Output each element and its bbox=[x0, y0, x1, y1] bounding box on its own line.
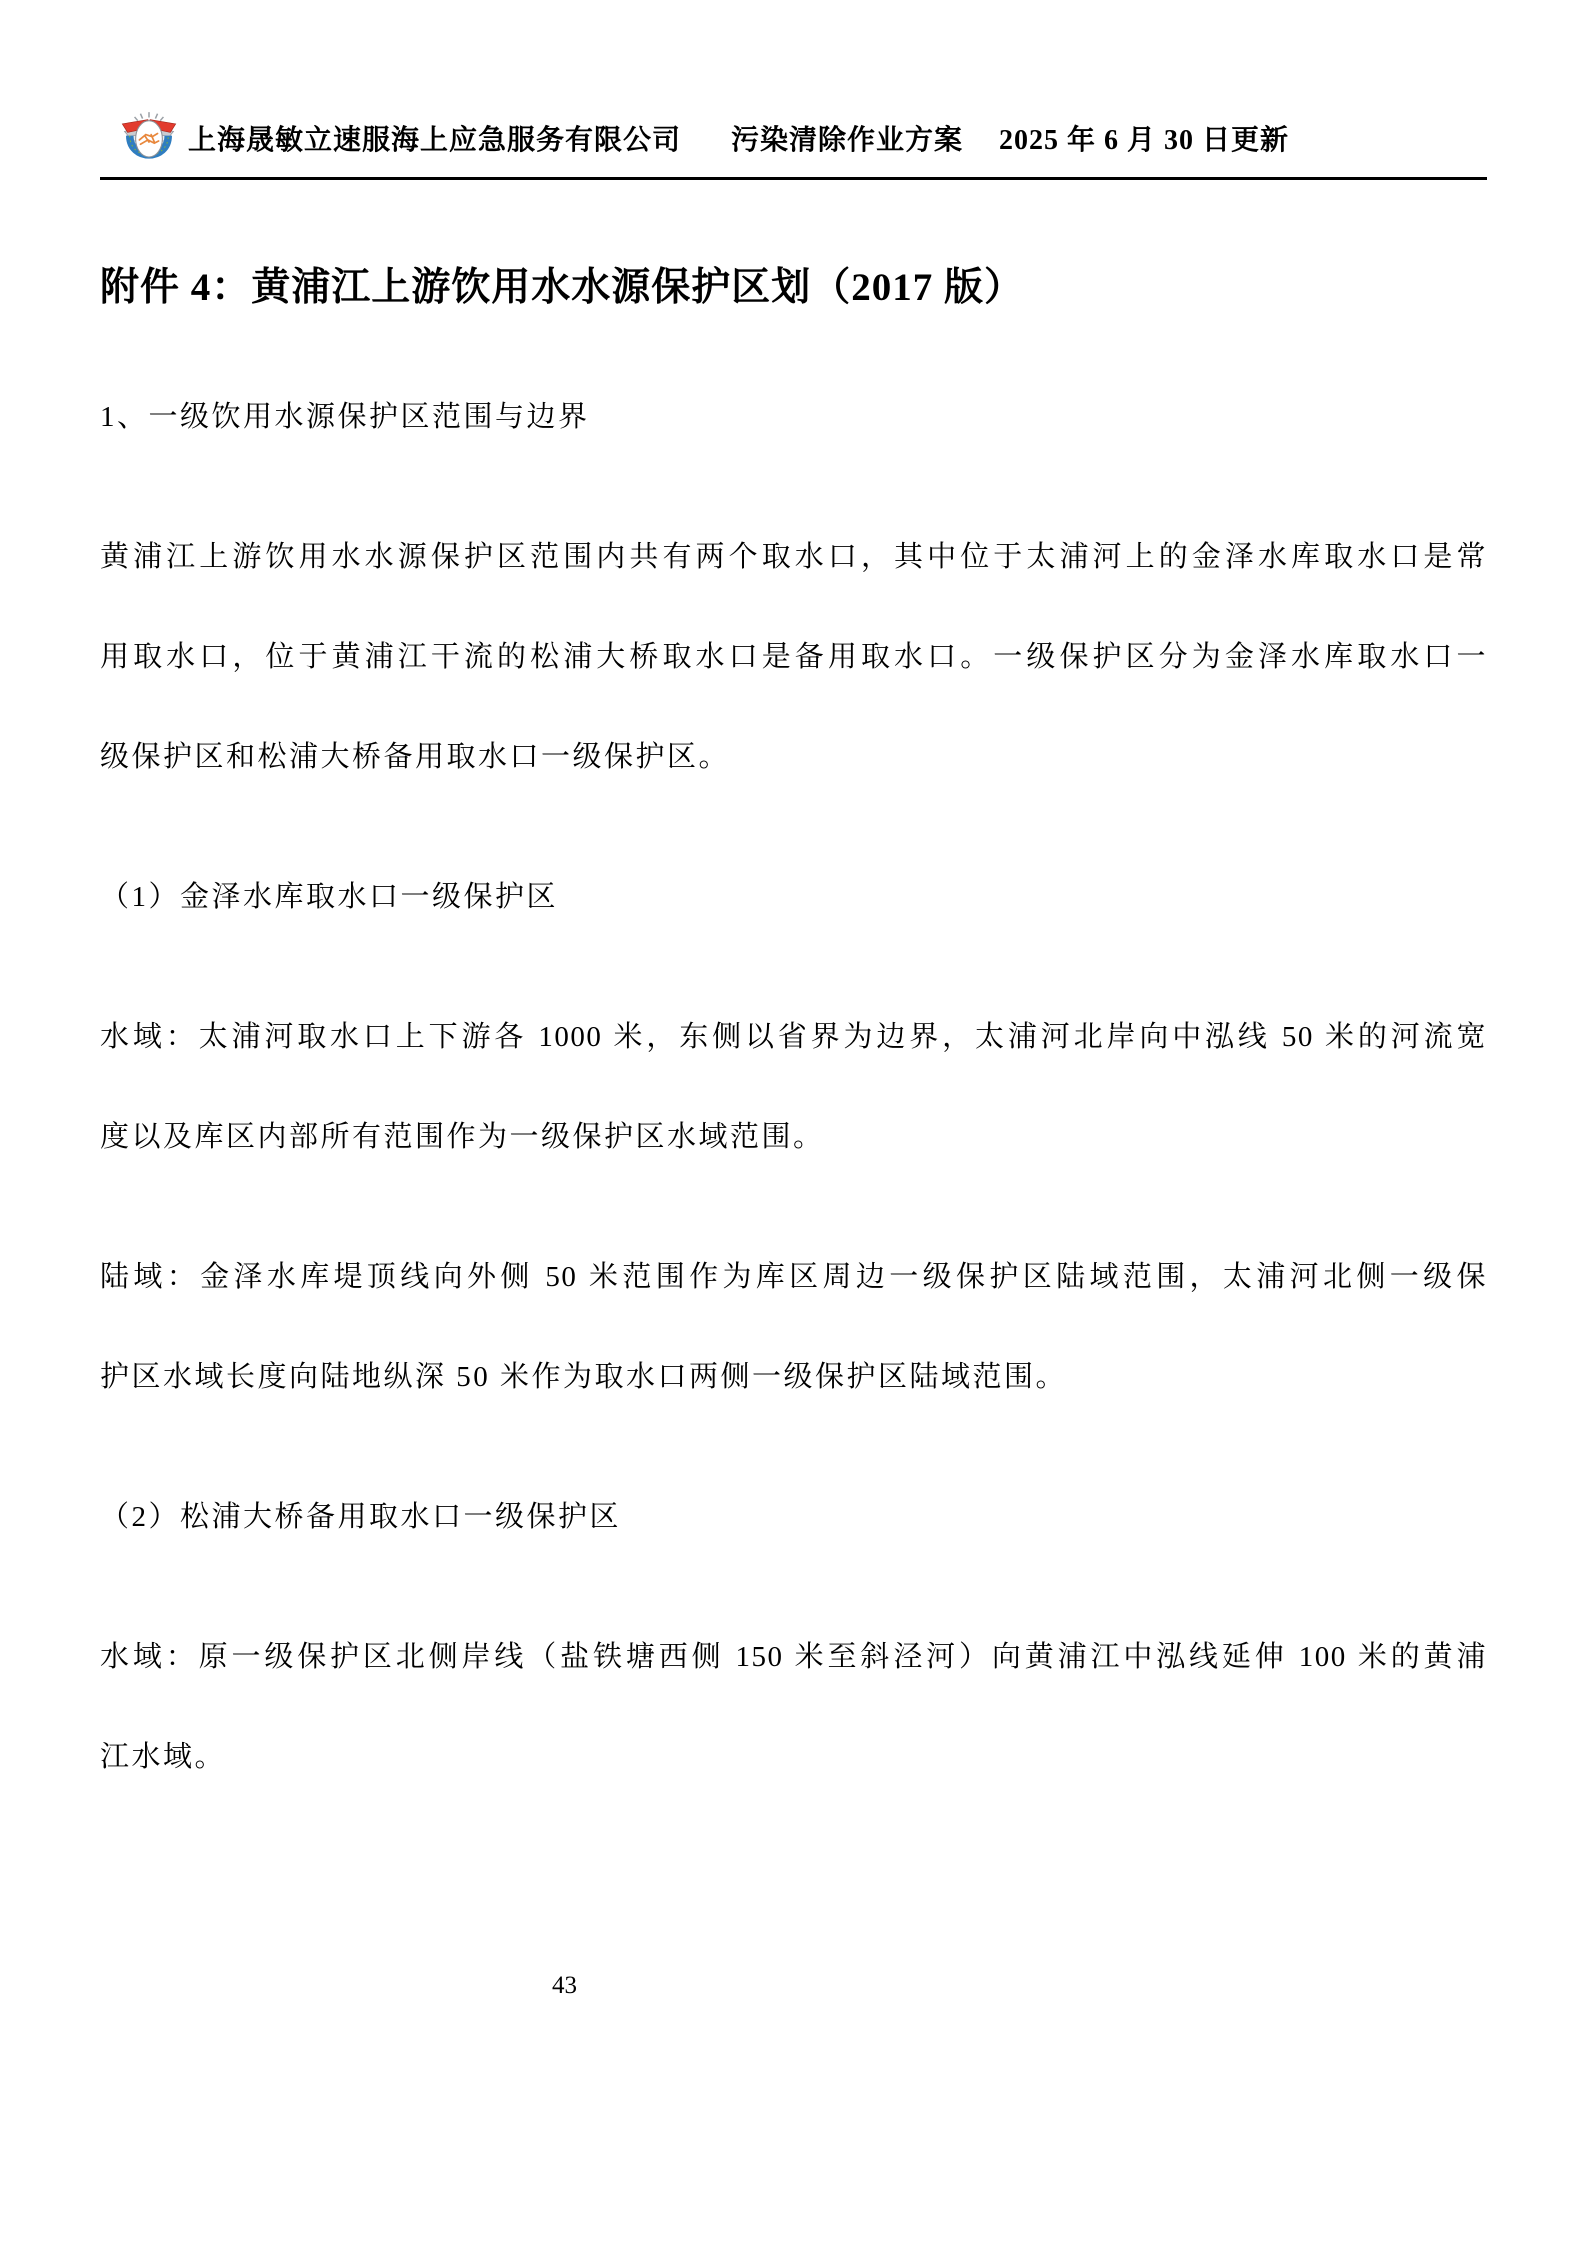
header-company-name: 上海晟敏立速服海上应急服务有限公司 bbox=[188, 125, 681, 156]
company-logo-icon bbox=[121, 110, 177, 172]
subheading-zone2: （2）松浦大桥备用取水口一级保护区 bbox=[100, 1467, 1487, 1567]
paragraph-zone1-water: 水域：太浦河取水口上下游各 1000 米，东侧以省界为边界，太浦河北岸向中泓线 … bbox=[100, 987, 1487, 1187]
page-number: 43 bbox=[552, 1966, 577, 2006]
paragraph-line: 水域：太浦河取水口上下游各 1000 米，东侧以省界为边界，太浦河北岸向中泓线 … bbox=[100, 987, 1487, 1087]
paragraph-line: 用取水口，位于黄浦江干流的松浦大桥取水口是备用取水口。一级保护区分为金泽水库取水… bbox=[100, 607, 1487, 707]
paragraph-zone1-land: 陆域：金泽水库堤顶线向外侧 50 米范围作为库区周边一级保护区陆域范围，太浦河北… bbox=[100, 1227, 1487, 1427]
paragraph-line: 护区水域长度向陆地纵深 50 米作为取水口两侧一级保护区陆域范围。 bbox=[100, 1327, 1487, 1427]
header-update-date: 2025 年 6 月 30 日更新 bbox=[999, 125, 1289, 156]
paragraph-line: 度以及库区内部所有范围作为一级保护区水域范围。 bbox=[100, 1087, 1487, 1187]
document-page: 上海晟敏立速服海上应急服务有限公司污染清除作业方案2025 年 6 月 30 日… bbox=[0, 0, 1587, 2245]
document-body: 附件 4：黄浦江上游饮用水水源保护区划（2017 版） 1、一级饮用水源保护区范… bbox=[100, 180, 1487, 1807]
paragraph-overview: 黄浦江上游饮用水水源保护区范围内共有两个取水口，其中位于太浦河上的金泽水库取水口… bbox=[100, 507, 1487, 807]
paragraph-zone2-water: 水域：原一级保护区北侧岸线（盐铁塘西侧 150 米至斜泾河）向黄浦江中泓线延伸 … bbox=[100, 1607, 1487, 1807]
paragraph-line: 级保护区和松浦大桥备用取水口一级保护区。 bbox=[100, 707, 1487, 807]
page-header: 上海晟敏立速服海上应急服务有限公司污染清除作业方案2025 年 6 月 30 日… bbox=[188, 118, 1289, 158]
paragraph-line: 陆域：金泽水库堤顶线向外侧 50 米范围作为库区周边一级保护区陆域范围，太浦河北… bbox=[100, 1227, 1487, 1327]
paragraph-line: 黄浦江上游饮用水水源保护区范围内共有两个取水口，其中位于太浦河上的金泽水库取水口… bbox=[100, 507, 1487, 607]
subheading-zone1: （1）金泽水库取水口一级保护区 bbox=[100, 847, 1487, 947]
attachment-title: 附件 4：黄浦江上游饮用水水源保护区划（2017 版） bbox=[100, 262, 1487, 314]
section-heading-1: 1、一级饮用水源保护区范围与边界 bbox=[100, 367, 1487, 467]
header-doc-type: 污染清除作业方案 bbox=[731, 125, 963, 156]
paragraph-line: 水域：原一级保护区北侧岸线（盐铁塘西侧 150 米至斜泾河）向黄浦江中泓线延伸 … bbox=[100, 1607, 1487, 1707]
paragraph-line: 江水域。 bbox=[100, 1707, 1487, 1807]
